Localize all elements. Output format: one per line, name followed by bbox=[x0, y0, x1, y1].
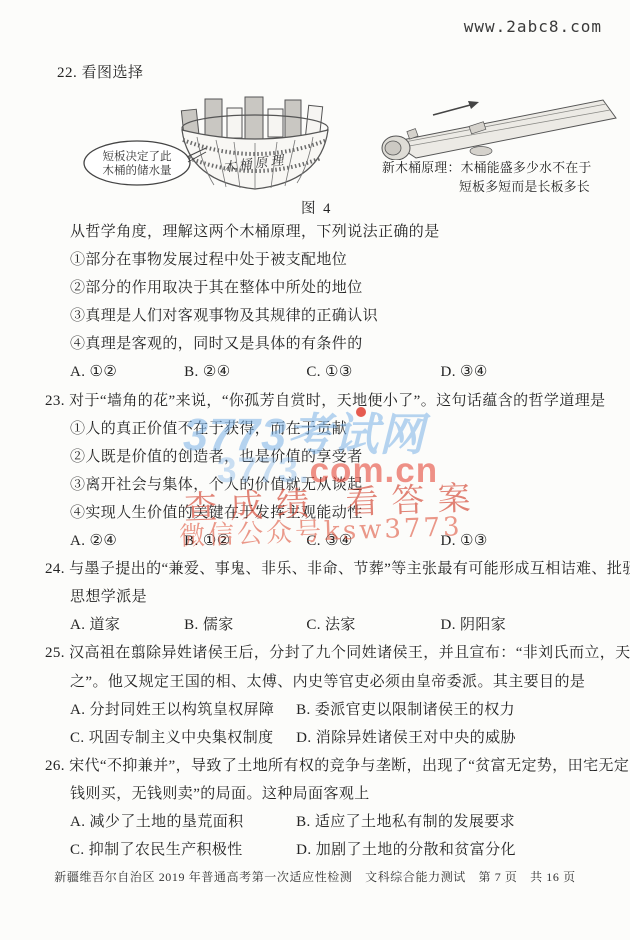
new-bucket-caption-line2: 短板多短而是长板多长 bbox=[382, 178, 592, 197]
q23-statement-2: ②人既是价值的创造者，也是价值的享受者 bbox=[0, 443, 630, 471]
q22-option-b: B. ②④ bbox=[184, 358, 302, 386]
q25-stem-line1: 25. 汉高祖在翦除异姓诸侯王后，分封了九个同姓诸侯王，并且宣布：“非刘氏而立，… bbox=[0, 639, 630, 667]
bucket-figure-left: 木桶原理 短板决定了此 木桶的储水量 bbox=[75, 96, 340, 201]
q26-options-row1: A. 减少了土地的垦荒面积 B. 适应了土地私有制的发展要求 bbox=[0, 808, 630, 836]
q23-option-a: A. ②④ bbox=[70, 527, 180, 555]
new-bucket-caption-line1: 木桶能盛多少水不在于 bbox=[461, 161, 592, 175]
q22-statement-1: ①部分在事物发展过程中处于被支配地位 bbox=[0, 246, 630, 274]
bubble-text-line1: 短板决定了此 bbox=[103, 149, 172, 163]
q23-option-d: D. ①③ bbox=[440, 527, 487, 555]
new-bucket-caption-label: 新木桶原理： bbox=[382, 161, 461, 175]
q26-option-b: B. 适应了土地私有制的发展要求 bbox=[296, 814, 515, 830]
q22-statement-3: ③真理是人们对客观事物及其规律的正确认识 bbox=[0, 302, 630, 330]
q23-options-row: A. ②④ B. ①② C. ③④ D. ①③ bbox=[0, 527, 630, 555]
q26-option-c: C. 抑制了农民生产积极性 bbox=[70, 836, 292, 864]
site-url: www.2abc8.com bbox=[464, 17, 602, 36]
q25-options-row2: C. 巩固专制主义中央集权制度 D. 消除异姓诸侯王对中央的威胁 bbox=[0, 724, 630, 752]
q25-stem-line2: 之”。他又规定王国的相、太傅、内史等官吏必须由皇帝委派。其主要目的是 bbox=[0, 668, 630, 696]
q23-stem: 23. 对于“墙角的花”来说，“你孤芳自赏时，天地便小了”。这句话蕴含的哲学道理… bbox=[0, 387, 630, 415]
q24-option-b: B. 儒家 bbox=[184, 611, 302, 639]
bubble-text-line2: 木桶的储水量 bbox=[103, 163, 172, 177]
q22-stem: 从哲学角度，理解这两个木桶原理，下列说法正确的是 bbox=[0, 218, 630, 246]
q26-stem-line2: 钱则买，无钱则卖”的局面。这种局面客观上 bbox=[0, 780, 630, 808]
q26-stem-line1: 26. 宋代“不抑兼并”，导致了土地所有权的竞争与垄断，出现了“贫富无定势，田宅… bbox=[0, 752, 630, 780]
figure-caption: 图 4 bbox=[301, 197, 332, 218]
q22-option-d: D. ③④ bbox=[440, 358, 487, 386]
q25-options-row1: A. 分封同姓王以构筑皇权屏障 B. 委派官吏以限制诸侯王的权力 bbox=[0, 696, 630, 724]
q22-option-a: A. ①② bbox=[70, 358, 180, 386]
q24-option-d: D. 阴阳家 bbox=[440, 611, 506, 639]
q22-statement-4: ④真理是客观的，同时又是具体的有条件的 bbox=[0, 330, 630, 358]
q22-option-c: C. ①③ bbox=[306, 358, 436, 386]
q23-statement-4: ④实现人生价值的关键在于发挥主观能动性 bbox=[0, 499, 630, 527]
q25-option-a: A. 分封同姓王以构筑皇权屏障 bbox=[70, 696, 292, 724]
q24-options-row: A. 道家 B. 儒家 C. 法家 D. 阴阳家 bbox=[0, 611, 630, 639]
q23-option-b: B. ①② bbox=[184, 527, 302, 555]
q22-options-row: A. ①② B. ②④ C. ①③ D. ③④ bbox=[0, 358, 630, 386]
bucket-figure-right bbox=[378, 98, 623, 160]
q24-option-c: C. 法家 bbox=[306, 611, 436, 639]
q23-option-c: C. ③④ bbox=[306, 527, 436, 555]
direction-arrow-icon bbox=[433, 101, 479, 115]
new-bucket-caption: 新木桶原理：木桶能盛多少水不在于 短板多短而是长板多长 bbox=[382, 159, 592, 197]
q26-option-d: D. 加剧了土地的分散和贫富分化 bbox=[296, 842, 516, 858]
question-text-block: 从哲学角度，理解这两个木桶原理，下列说法正确的是 ①部分在事物发展过程中处于被支… bbox=[0, 218, 630, 864]
q22-statement-2: ②部分的作用取决于其在整体中所处的地位 bbox=[0, 274, 630, 302]
page-footer: 新疆维吾尔自治区 2019 年普通高考第一次适应性检测 文科综合能力测试 第 7… bbox=[0, 868, 630, 885]
q24-stem-line1: 24. 与墨子提出的“兼爱、事鬼、非乐、非命、节葬”等主张最有可能形成互相诘难、… bbox=[0, 555, 630, 583]
q22-heading: 22. 看图选择 bbox=[57, 61, 144, 82]
q25-option-d: D. 消除异姓诸侯王对中央的威胁 bbox=[296, 730, 516, 746]
q24-stem-line2: 思想学派是 bbox=[0, 583, 630, 611]
q26-option-a: A. 减少了土地的垦荒面积 bbox=[70, 808, 292, 836]
q26-options-row2: C. 抑制了农民生产积极性 D. 加剧了土地的分散和贫富分化 bbox=[0, 836, 630, 864]
q23-statement-1: ①人的真正价值不在于获得，而在于贡献 bbox=[0, 415, 630, 443]
q23-statement-3: ③离开社会与集体，个人的价值就无从谈起 bbox=[0, 471, 630, 499]
q25-option-b: B. 委派官吏以限制诸侯王的权力 bbox=[296, 702, 515, 718]
q25-option-c: C. 巩固专制主义中央集权制度 bbox=[70, 724, 292, 752]
q24-option-a: A. 道家 bbox=[70, 611, 180, 639]
